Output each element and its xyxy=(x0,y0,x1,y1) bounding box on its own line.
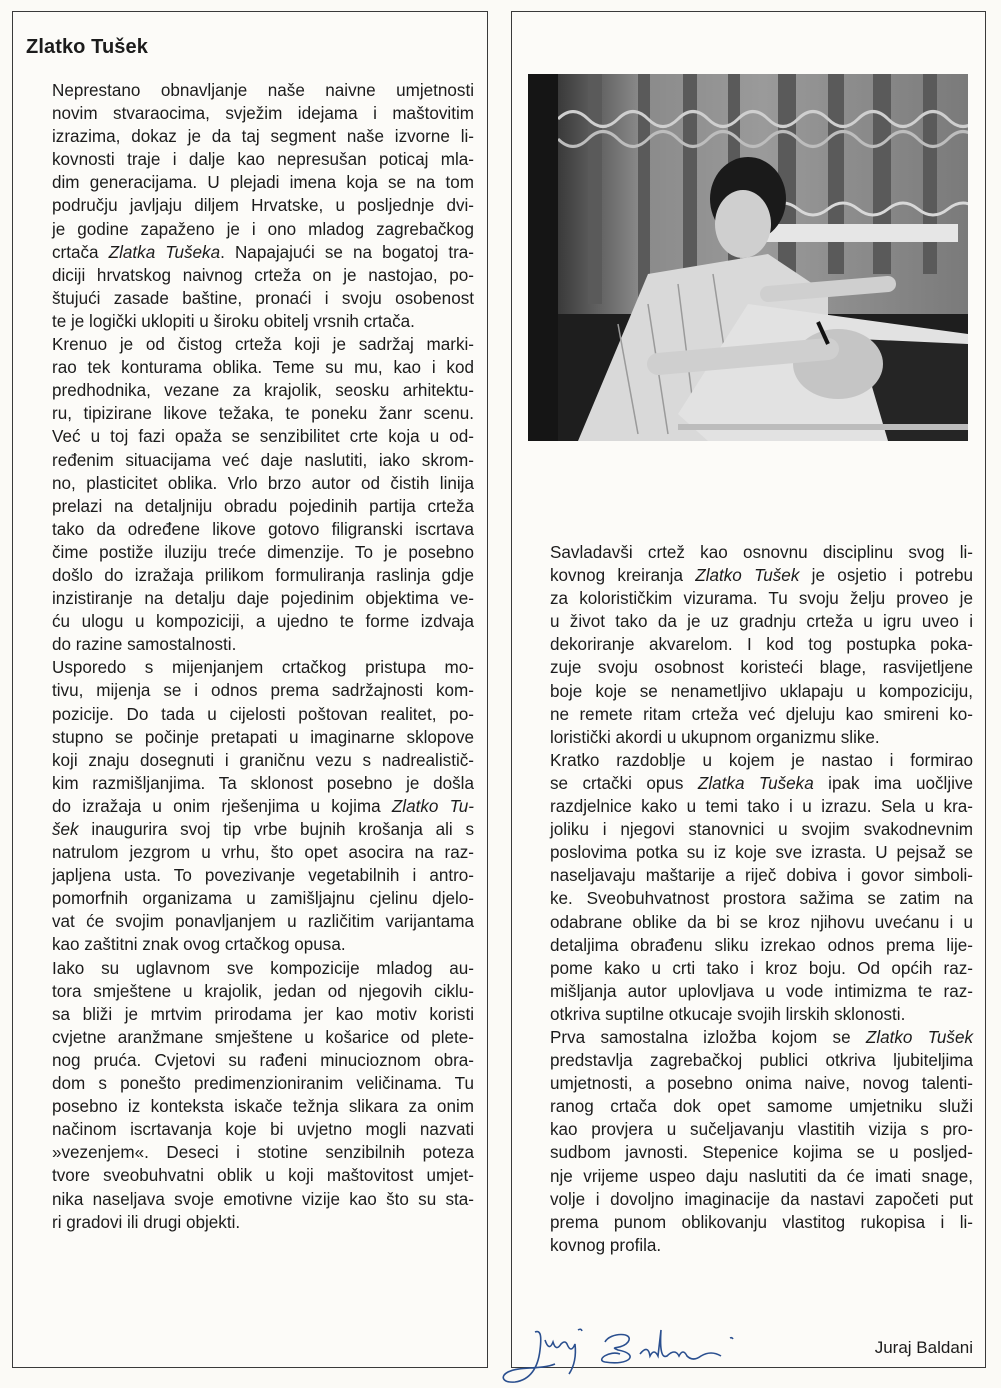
text-line: naseljavaju maštarije a riječ dobiva i g… xyxy=(524,864,973,887)
text-line: je godine zapaženo je i ono mladog zagre… xyxy=(26,218,474,241)
text-line: tako da određene likove gotovo filigrans… xyxy=(26,518,474,541)
article-title: Zlatko Tušek xyxy=(26,36,148,59)
text-line: zuje svoju osobnost koristeći blage, ras… xyxy=(524,656,973,679)
text-line: Prva samostalna izložba kojom se Zlatko … xyxy=(524,1026,973,1049)
text-line: predhodnika, vezane za krajolik, seosku … xyxy=(26,379,474,402)
paragraph: Prva samostalna izložba kojom se Zlatko … xyxy=(524,1026,973,1257)
text-line: nje vrijeme uspeo daju naslutiti da će i… xyxy=(524,1165,973,1188)
text-line: tvore sveobuhvatni oblik u koji maštovit… xyxy=(26,1164,474,1187)
text-line: tivu, mijenja se i odnos prema sadržajno… xyxy=(26,679,474,702)
text-line: u život tako da je uz gradnju crteža u i… xyxy=(524,610,973,633)
signature-block: Juraj Baldani xyxy=(512,1320,987,1370)
text-line: Već u toj fazi opaža se senzibilitet crt… xyxy=(26,425,474,448)
text-line: pozicije. Do tada u cijelosti poštovan r… xyxy=(26,703,474,726)
text-line: kovnosti traje i dalje kao nepresušan po… xyxy=(26,148,474,171)
artist-photo xyxy=(528,74,968,441)
text-line: joliku i njegovi stanovnici u svojim sva… xyxy=(524,818,973,841)
text-line: inzistiranje na detalju daje pojedinim o… xyxy=(26,587,474,610)
paragraph: Savladavši crtež kao osnovnu disciplinu … xyxy=(524,541,973,749)
text-line: no, plasticitet oblika. Vrlo brzo autor … xyxy=(26,472,474,495)
text-line: sa bliži je mrtvim prirodama jer kao mot… xyxy=(26,1003,474,1026)
text-line: kovnog kreiranja Zlatko Tušek je osjetio… xyxy=(524,564,973,587)
text-line: pomorfnih organizama u zamišljajnu cjeli… xyxy=(26,887,474,910)
text-line: ređenim situacijama već daje naslutiti, … xyxy=(26,449,474,472)
text-line: diciji hrvatskog naivnog crteža on je na… xyxy=(26,264,474,287)
text-line: kovnog profila. xyxy=(524,1234,973,1257)
text-line: ne remete ritam crteža već djeluju kao s… xyxy=(524,703,973,726)
text-line: poslovima potka su iz koje sve izrasta. … xyxy=(524,841,973,864)
text-line: novim stvaraocima, svježim idejama i maš… xyxy=(26,102,474,125)
text-line: Usporedo s mijenjanjem crtačkog pristupa… xyxy=(26,656,474,679)
text-line: se crtački opus Zlatka Tušeka ipak ima u… xyxy=(524,772,973,795)
text-line: stupno se počinje pretapati u imaginarne… xyxy=(26,726,474,749)
text-line: Savladavši crtež kao osnovnu disciplinu … xyxy=(524,541,973,564)
text-line: do izražaja u onim rješenjima u kojima Z… xyxy=(26,795,474,818)
text-line: predstavlja zagrebačkoj publici otkriva … xyxy=(524,1049,973,1072)
text-line: tora smještene u krajolik, jedan od njeg… xyxy=(26,980,474,1003)
artist-name-italic: Zlatka Tušeka xyxy=(698,774,814,793)
artist-name-italic: Zlatko Tušek xyxy=(866,1028,973,1047)
text-line: koji znaju dosegnuti i graničnu vezu s n… xyxy=(26,749,474,772)
text-line: rao tek konturama oblika. Teme su mu, ka… xyxy=(26,356,474,379)
artist-name-italic: Zlatko Tu- xyxy=(392,797,474,816)
text-line: vat će svojim ponavljanjem u različitim … xyxy=(26,910,474,933)
text-line: posebno iz konteksta iskače težnja slika… xyxy=(26,1095,474,1118)
text-line: pome kako u crti tako i kroz boju. Od op… xyxy=(524,957,973,980)
left-column-box: Zlatko Tušek Neprestano obnavljanje naše… xyxy=(12,11,488,1368)
text-line: do razine samostalnosti. xyxy=(26,633,474,656)
text-line: ranog crtača dok opet samome umjetniku s… xyxy=(524,1095,973,1118)
paragraph: Iako su uglavnom sve kompozicije mladog … xyxy=(26,957,474,1234)
text-line: japljena usta. To povezivanje vegetabiln… xyxy=(26,864,474,887)
text-line: kao provjera u sučeljavanju vlastitih vi… xyxy=(524,1118,973,1141)
text-line: umjetnosti, a posebno onima naive, novog… xyxy=(524,1072,973,1095)
text-line: detaljima obrađenu sliku izrekao odnos p… xyxy=(524,934,973,957)
text-line: načinom iscrtavanja koje bi uvjetno mogl… xyxy=(26,1118,474,1141)
text-line: šek inaugurira svoj tip vrbe bujnih kroš… xyxy=(26,818,474,841)
artist-name-italic: Zlatka Tušeka xyxy=(109,243,220,262)
text-line: štujući zasade baštine, pronaći i svoju … xyxy=(26,287,474,310)
text-line: izrazima, dokaz je da taj segment naše i… xyxy=(26,125,474,148)
paragraph: Kratko razdoblje u kojem je nastao i for… xyxy=(524,749,973,1026)
text-line: te je logički uklopiti u široku obitelj … xyxy=(26,310,474,333)
text-line: nika naseljava svoje emotivne vizije kao… xyxy=(26,1188,474,1211)
text-line: boje koje se nenametljivo uklapaju u kom… xyxy=(524,680,973,703)
artist-name-italic: Zlatko Tušek xyxy=(695,566,799,585)
text-line: dekoriranje akvarelom. I kod tog postupk… xyxy=(524,633,973,656)
text-line: loristički akordi u ukupnom organizmu sl… xyxy=(524,726,973,749)
text-line: crtača Zlatka Tušeka. Napajajući se na b… xyxy=(26,241,474,264)
text-line: ru, tipizirane likove težaka, te poneku … xyxy=(26,402,474,425)
handwritten-signature-icon xyxy=(500,1320,830,1388)
text-line: mišljanja autor uplovljava u vode intimi… xyxy=(524,980,973,1003)
text-line: čime postiže iluziju treće dimenzije. To… xyxy=(26,541,474,564)
text-line: području javljaju diljem Hrvatske, u pos… xyxy=(26,194,474,217)
text-line: prelazi na detaljniju obradu pojedinih p… xyxy=(26,495,474,518)
text-line: došlo do izražaja prilikom formuliranja … xyxy=(26,564,474,587)
paragraph: Neprestano obnavljanje naše naivne umjet… xyxy=(26,79,474,333)
text-line: cvjetne aranžmane smještene u košarice o… xyxy=(26,1026,474,1049)
text-line: ke. Sveobuhvatnost prostora sažima se za… xyxy=(524,887,973,910)
text-line: Kratko razdoblje u kojem je nastao i for… xyxy=(524,749,973,772)
text-line: »vezenjem«. Deseci i stotine senzibilnih… xyxy=(26,1141,474,1164)
author-name: Juraj Baldani xyxy=(875,1338,973,1358)
paragraph: Krenuo je od čistog crteža koji je sadrž… xyxy=(26,333,474,656)
text-line: nog pruća. Cvjetovi su rađeni minuciozno… xyxy=(26,1049,474,1072)
text-line: kim razmišljanjima. Ta sklonost posebno … xyxy=(26,772,474,795)
text-line: sudbom javnosti. Stepenice kojima se u p… xyxy=(524,1141,973,1164)
text-line: Iako su uglavnom sve kompozicije mladog … xyxy=(26,957,474,980)
left-column-text: Neprestano obnavljanje naše naivne umjet… xyxy=(26,79,474,1234)
text-line: Neprestano obnavljanje naše naivne umjet… xyxy=(26,79,474,102)
text-line: odabrane oblike da bi se kroz njihovu uv… xyxy=(524,911,973,934)
text-line: volje i dovoljno imaginacije da nastavi … xyxy=(524,1188,973,1211)
right-column-text: Savladavši crtež kao osnovnu disciplinu … xyxy=(524,541,973,1257)
artist-name-italic: šek xyxy=(52,820,79,839)
text-line: kao zaštitni znak ovog crtačkog opusa. xyxy=(26,933,474,956)
text-line: razdjelnice kako u temi tako i u izrazu.… xyxy=(524,795,973,818)
paragraph: Usporedo s mijenjanjem crtačkog pristupa… xyxy=(26,656,474,956)
text-line: Krenuo je od čistog crteža koji je sadrž… xyxy=(26,333,474,356)
text-line: za kolorističkim vizurama. Tu svoju želj… xyxy=(524,587,973,610)
right-column-box: Savladavši crtež kao osnovnu disciplinu … xyxy=(511,11,986,1368)
text-line: otkriva suptilne otkucaje svojih lirskih… xyxy=(524,1003,973,1026)
text-line: ri gradovi ili drugi objekti. xyxy=(26,1211,474,1234)
text-line: dim generacijama. U plejadi imena koja s… xyxy=(26,171,474,194)
text-line: prema punom oblikovanju vlastitog rukopi… xyxy=(524,1211,973,1234)
photo-image xyxy=(528,74,968,441)
text-line: dom s ponešto predimenzioniranim veličin… xyxy=(26,1072,474,1095)
text-line: natrulom jezgrom u vrhu, što opet asocir… xyxy=(26,841,474,864)
text-line: ću ulogu u kompoziciji, a ujedno te form… xyxy=(26,610,474,633)
